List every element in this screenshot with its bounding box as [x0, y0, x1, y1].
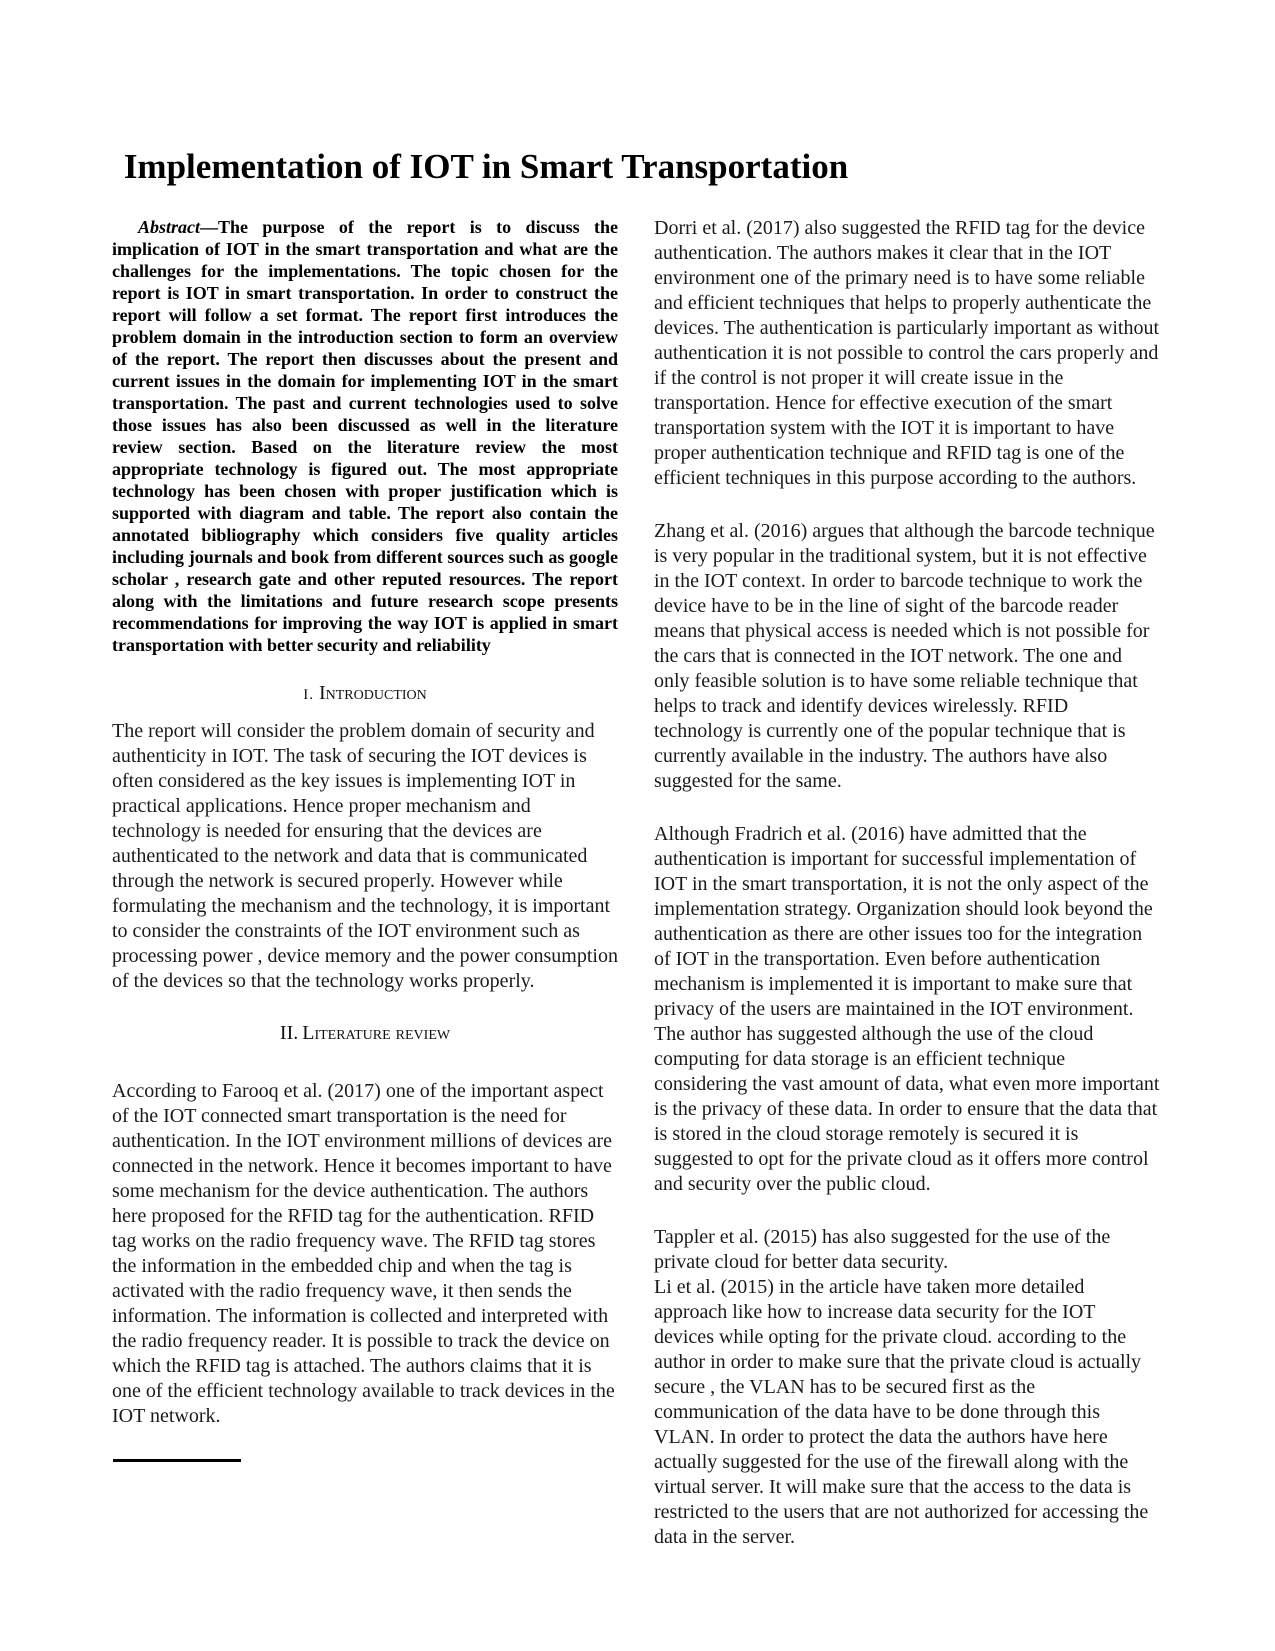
literature-paragraph-fradrich: Although Fradrich et al. (2016) have adm…: [654, 822, 1160, 1197]
introduction-paragraph: The report will consider the problem dom…: [112, 719, 618, 994]
literature-paragraph-tappler: Tappler et al. (2015) has also suggested…: [654, 1225, 1160, 1275]
right-column: Dorri et al. (2017) also suggested the R…: [654, 216, 1160, 1550]
footnote-rule: [113, 1459, 241, 1462]
literature-paragraph-farooq: According to Farooq et al. (2017) one of…: [112, 1079, 618, 1429]
abstract-text: The purpose of the report is to discuss …: [112, 217, 618, 655]
paper-title: Implementation of IOT in Smart Transport…: [112, 146, 860, 188]
abstract-paragraph: Abstract—The purpose of the report is to…: [112, 216, 618, 656]
section-heading-literature-review: II.Literature review: [112, 1022, 618, 1045]
literature-paragraph-li: Li et al. (2015) in the article have tak…: [654, 1275, 1160, 1550]
literature-paragraph-dorri: Dorri et al. (2017) also suggested the R…: [654, 216, 1160, 491]
literature-paragraph-zhang: Zhang et al. (2016) argues that although…: [654, 519, 1160, 794]
paper-page: Implementation of IOT in Smart Transport…: [0, 0, 1275, 1651]
section-title-literature-review: Literature review: [302, 1022, 450, 1044]
section-number-literature-review: II.: [280, 1022, 298, 1044]
abstract-label: Abstract: [138, 217, 200, 237]
section-number-introduction: I.: [303, 687, 314, 703]
section-title-introduction: Introduction: [319, 682, 427, 704]
left-column: Abstract—The purpose of the report is to…: [112, 216, 618, 1550]
two-column-layout: Abstract—The purpose of the report is to…: [112, 216, 1160, 1550]
section-heading-introduction: I.Introduction: [112, 682, 618, 705]
abstract-dash: —: [200, 217, 218, 237]
